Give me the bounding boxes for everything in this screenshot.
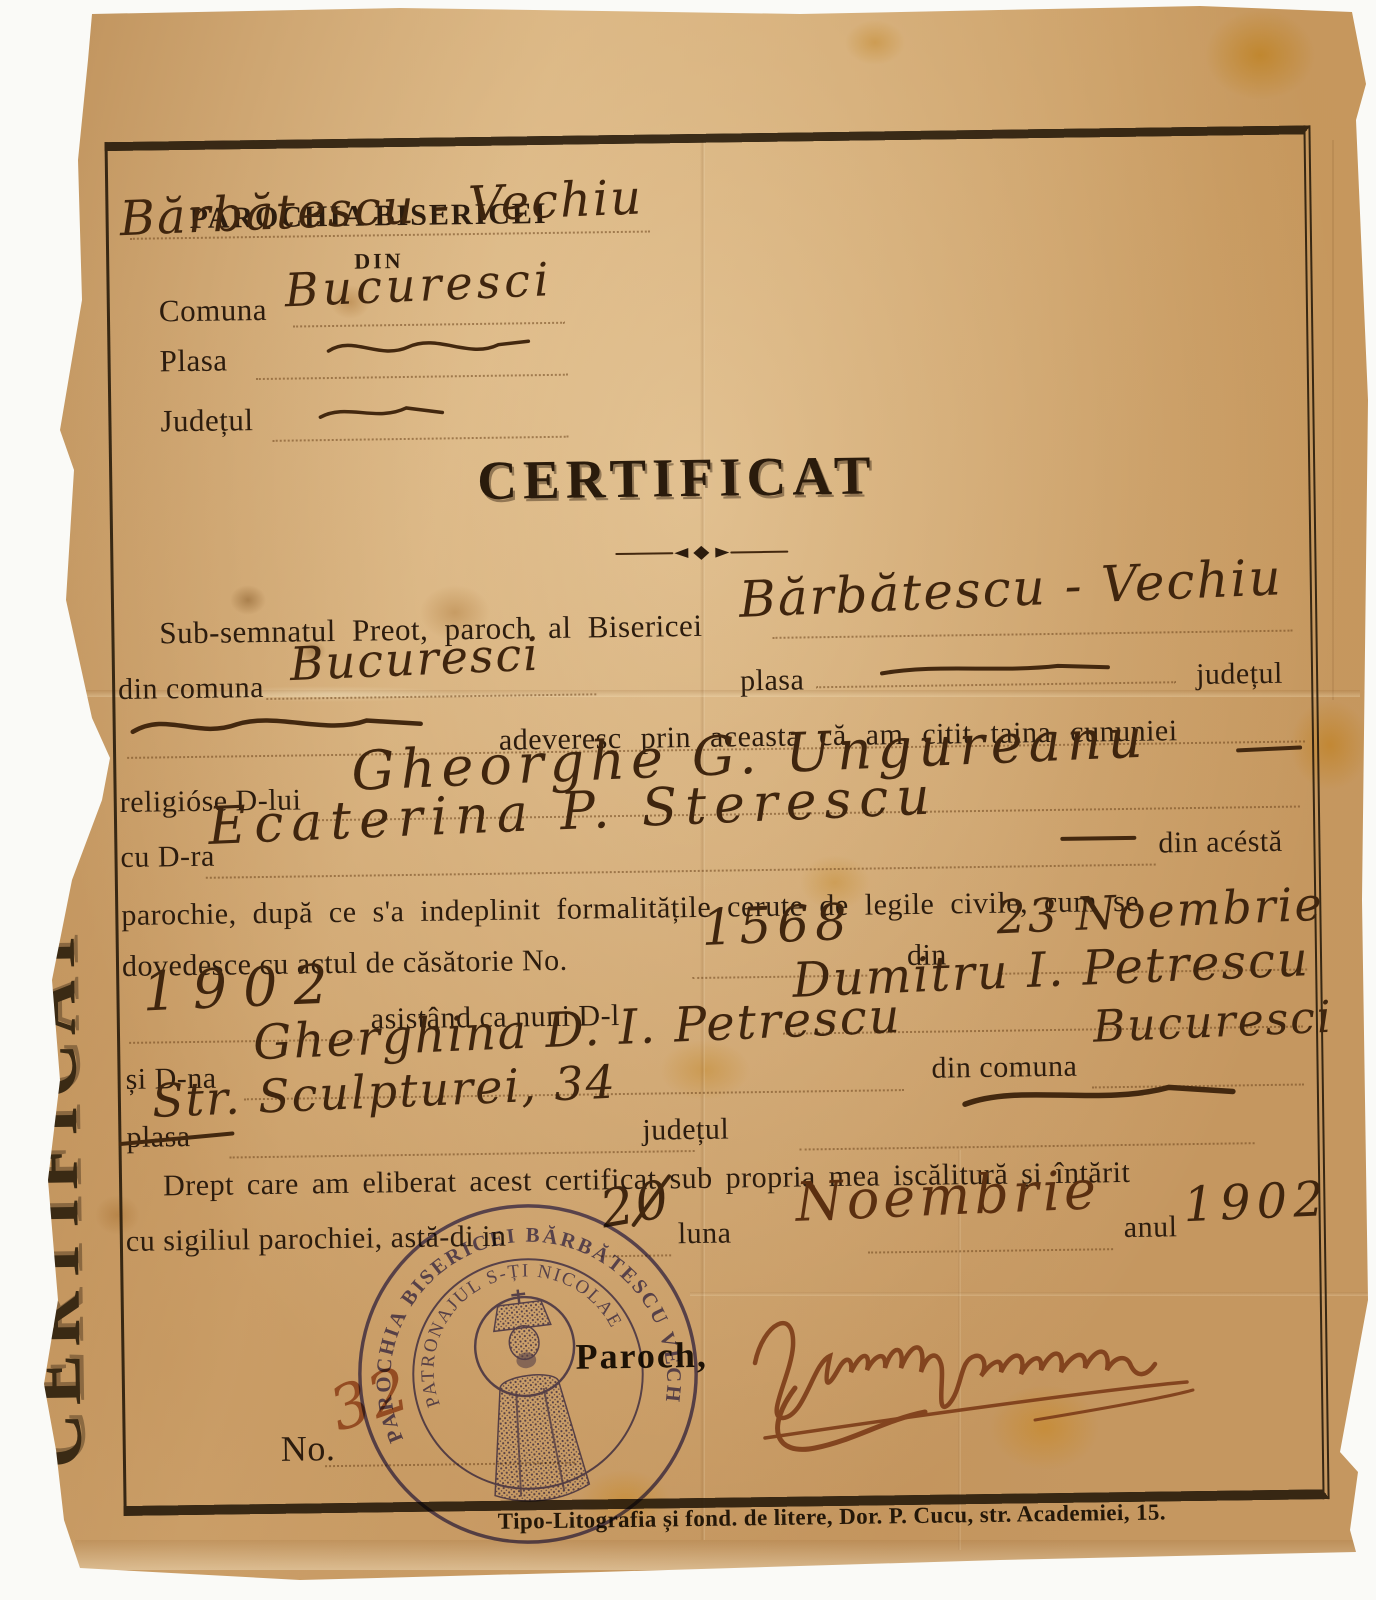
body-line2-printed-b: plasa bbox=[740, 663, 805, 698]
strike-through bbox=[116, 1126, 236, 1150]
blank-dash bbox=[959, 1076, 1239, 1112]
blank-flourish bbox=[323, 330, 533, 363]
comuna-value-handwritten: Bucuresci bbox=[284, 252, 554, 317]
body-line10-printed-b: județul bbox=[642, 1113, 729, 1148]
body-line5-printed-a: cu D-ra bbox=[120, 840, 215, 875]
plasa-label: Plasa bbox=[159, 342, 227, 379]
number-label: No. bbox=[281, 1427, 336, 1470]
paroch-signature bbox=[735, 1268, 1215, 1463]
blank-dash bbox=[1234, 741, 1304, 758]
margin-vertical-subtitle: DE CUNUNII bbox=[0, 137, 68, 818]
blank-dash bbox=[878, 658, 1113, 679]
comuna-handwritten: Bucuresci bbox=[289, 627, 541, 691]
certificate-paper: CERTIFICAT DE CUNUNII PAROCHIA BISERICEI… bbox=[0, 0, 1376, 1600]
body-line2-printed-a: din comuna bbox=[118, 671, 264, 707]
seal-graphic: PAROCHIA BISERICEI BĂRBĂTESCU VECHIU DIN… bbox=[330, 1176, 727, 1573]
saint-nicholas-figure bbox=[469, 1284, 593, 1507]
year-handwritten: 1902 bbox=[1182, 1171, 1330, 1233]
divider-ornament bbox=[614, 541, 789, 565]
marriage-act-number-handwritten: 1568 bbox=[700, 893, 854, 957]
parish-seal-stamp: PAROCHIA BISERICEI BĂRBĂTESCU VECHIU DIN… bbox=[330, 1176, 727, 1573]
body-line2-printed-c: județul bbox=[1196, 657, 1283, 692]
signature-graphic bbox=[735, 1268, 1215, 1463]
godparents-comuna-handwritten: Bucuresci bbox=[1092, 992, 1334, 1053]
comuna-label: Comuna bbox=[159, 292, 268, 330]
margin-vertical-title: CERTIFICAT bbox=[4, 853, 109, 1534]
body-line12-printed-c: anul bbox=[1124, 1210, 1178, 1245]
scan-background: CERTIFICAT DE CUNUNII PAROCHIA BISERICEI… bbox=[0, 0, 1376, 1600]
blank-dash bbox=[1058, 830, 1138, 847]
certificate-title: CERTIFICAT bbox=[477, 443, 877, 512]
blank-flourish bbox=[316, 397, 446, 429]
body-line5-printed-b: din acéstă bbox=[1158, 825, 1283, 861]
judetul-label: Județul bbox=[160, 402, 254, 439]
month-handwritten: Noembrie bbox=[794, 1158, 1101, 1234]
